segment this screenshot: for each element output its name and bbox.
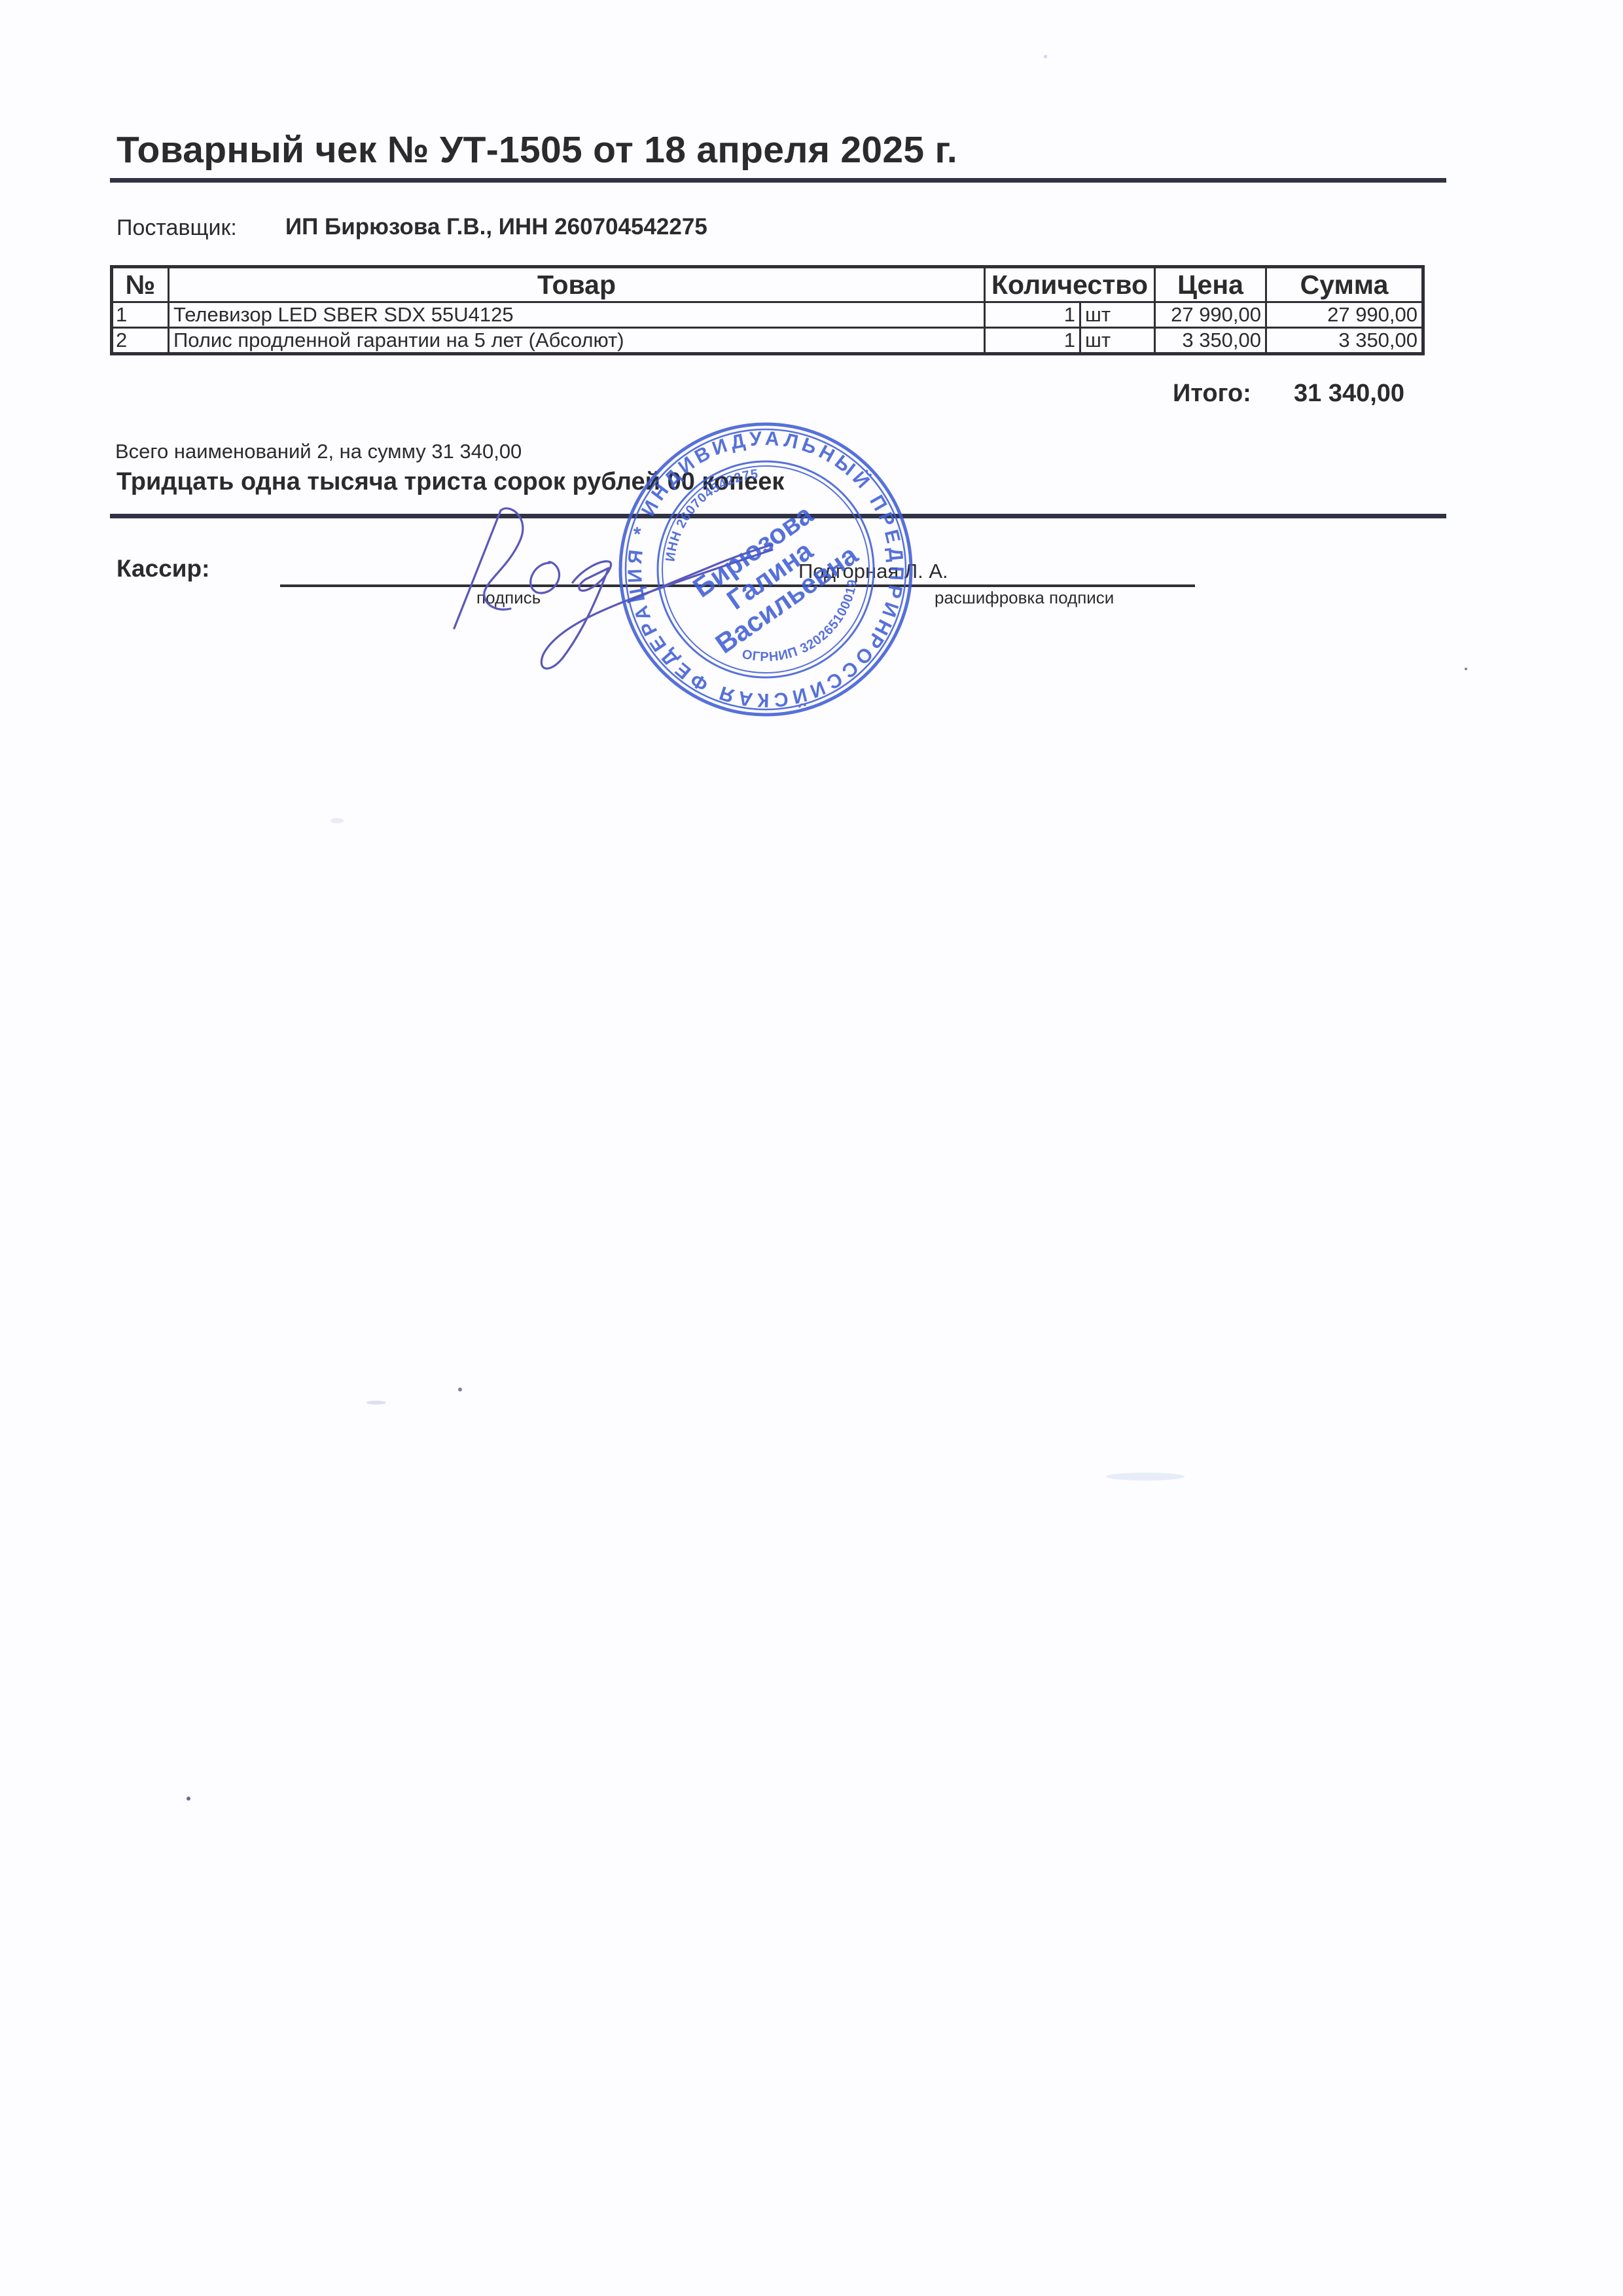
stamp-ogrnip-text: ОГРНИП 320265100019 bbox=[735, 570, 878, 689]
items-table: № Товар Количество Цена Сумма 1 Телевизо… bbox=[110, 265, 1425, 355]
amount-in-words: Тридцать одна тысяча триста сорок рублей… bbox=[116, 468, 784, 496]
signature-caption: подпись bbox=[476, 588, 541, 608]
scan-speck bbox=[187, 1797, 190, 1801]
title-divider bbox=[110, 178, 1446, 183]
header-price: Цена bbox=[1155, 267, 1266, 302]
svg-text:ОГРНИП 320265100019: ОГРНИП 320265100019 bbox=[735, 570, 878, 689]
row-unit: шт bbox=[1080, 302, 1155, 328]
cashier-name: Подгорная Л. А. bbox=[798, 560, 948, 583]
row-item: Полис продленной гарантии на 5 лет (Абсо… bbox=[169, 328, 985, 354]
row-qty: 1 bbox=[985, 302, 1080, 328]
stamp-center-line3: Васильевна bbox=[710, 539, 864, 659]
row-num: 2 bbox=[112, 328, 169, 354]
supplier-value: ИП Бирюзова Г.В., ИНН 260704542275 bbox=[285, 214, 707, 240]
row-item: Телевизор LED SBER SDX 55U4125 bbox=[169, 302, 985, 328]
cashier-label: Кассир: bbox=[116, 555, 209, 583]
supplier-label: Поставщик: bbox=[116, 215, 237, 241]
table-row: 1 Телевизор LED SBER SDX 55U4125 1 шт 27… bbox=[112, 302, 1423, 328]
scan-speck bbox=[1106, 1473, 1185, 1480]
table-row: 2 Полис продленной гарантии на 5 лет (Аб… bbox=[112, 328, 1423, 354]
scan-speck bbox=[330, 818, 344, 823]
row-price: 3 350,00 bbox=[1155, 328, 1266, 354]
header-sum: Сумма bbox=[1266, 267, 1423, 302]
total-label: Итого: bbox=[1173, 380, 1251, 408]
document-title: Товарный чек № УТ-1505 от 18 апреля 2025… bbox=[116, 128, 957, 171]
row-unit: шт bbox=[1080, 328, 1155, 354]
decoding-caption: расшифровка подписи bbox=[935, 588, 1114, 608]
row-sum: 27 990,00 bbox=[1266, 302, 1423, 328]
table-header-row: № Товар Количество Цена Сумма bbox=[112, 267, 1423, 302]
scan-speck bbox=[1465, 668, 1467, 670]
scan-speck bbox=[366, 1401, 386, 1405]
header-item: Товар bbox=[169, 267, 985, 302]
total-value: 31 340,00 bbox=[1294, 380, 1404, 408]
row-qty: 1 bbox=[985, 328, 1080, 354]
summary-divider bbox=[110, 514, 1446, 518]
row-sum: 3 350,00 bbox=[1266, 328, 1423, 354]
header-quantity: Количество bbox=[985, 267, 1155, 302]
scan-speck bbox=[1044, 55, 1047, 58]
row-price: 27 990,00 bbox=[1155, 302, 1266, 328]
row-num: 1 bbox=[112, 302, 169, 328]
header-num: № bbox=[112, 267, 169, 302]
signature-line bbox=[280, 584, 1195, 587]
scan-speck bbox=[458, 1388, 462, 1391]
items-summary: Всего наименований 2, на сумму 31 340,00 bbox=[115, 440, 522, 463]
